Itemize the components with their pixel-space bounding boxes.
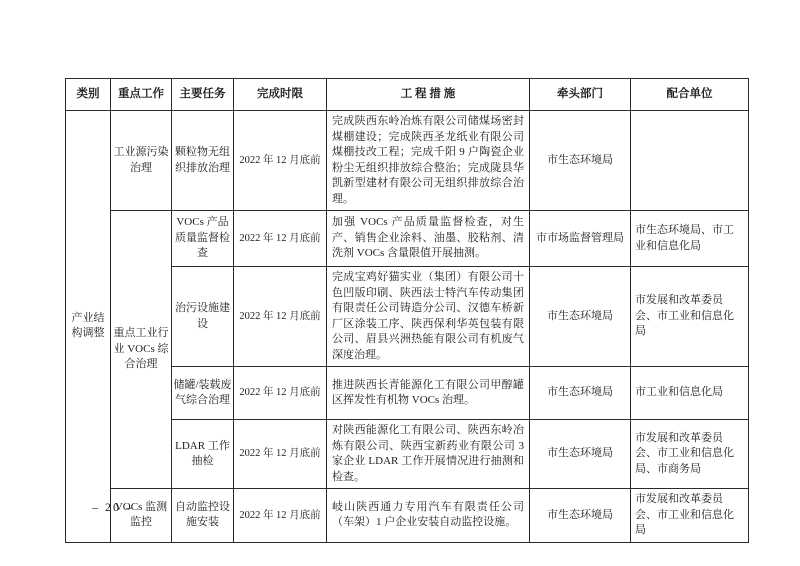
- header-measures: 工 程 措 施: [327, 79, 530, 111]
- cell-key-work: VOCs 监测监控: [111, 489, 172, 543]
- cell-key-work: 工业源污染治理: [111, 111, 172, 211]
- table-row: 重点工业行业 VOCs 综合治理 VOCs 产品质量监督检查 2022 年 12…: [66, 211, 749, 267]
- cell-lead-dept: 市生态环境局: [530, 267, 631, 367]
- cell-task: 治污设施建设: [172, 267, 234, 367]
- cell-partner-unit: 市生态环境局、市工业和信息化局: [631, 211, 749, 267]
- cell-deadline: 2022 年 12 月底前: [234, 111, 327, 211]
- cell-category: 产业结构调整: [66, 111, 111, 543]
- cell-task: 颗粒物无组织排放治理: [172, 111, 234, 211]
- cell-task: 储罐/装载废气综合治理: [172, 367, 234, 420]
- cell-partner-unit: 市发展和改革委员会、市工业和信息化局: [631, 489, 749, 543]
- cell-task: VOCs 产品质量监督检查: [172, 211, 234, 267]
- cell-measures: 完成陕西东岭冶炼有限公司储煤场密封煤棚建设；完成陕西圣龙纸业有限公司煤棚技改工程…: [327, 111, 530, 211]
- cell-measures: 岐山陕西通力专用汽车有限责任公司（车架）1 户企业安装自动监控设施。: [327, 489, 530, 543]
- cell-measures: 对陕西能源化工有限公司、陕西东岭冶炼有限公司、陕西宝新药业有限公司 3 家企业 …: [327, 420, 530, 489]
- header-key-work: 重点工作: [111, 79, 172, 111]
- cell-partner-unit: 市工业和信息化局: [631, 367, 749, 420]
- cell-deadline: 2022 年 12 月底前: [234, 489, 327, 543]
- table-header-row: 类别 重点工作 主要任务 完成时限 工 程 措 施 牵头部门 配合单位: [66, 79, 749, 111]
- cell-deadline: 2022 年 12 月底前: [234, 211, 327, 267]
- header-task: 主要任务: [172, 79, 234, 111]
- cell-task: 自动监控设施安装: [172, 489, 234, 543]
- cell-lead-dept: 市生态环境局: [530, 367, 631, 420]
- cell-measures: 完成宝鸡好猫实业（集团）有限公司十色凹版印刷、陕西法士特汽车传动集团有限责任公司…: [327, 267, 530, 367]
- page-number: – 20 –: [92, 500, 134, 515]
- cell-measures: 加强 VOCs 产品质量监督检查，对生产、销售企业涂料、油墨、胶粘剂、清洗剂 V…: [327, 211, 530, 267]
- cell-deadline: 2022 年 12 月底前: [234, 420, 327, 489]
- cell-deadline: 2022 年 12 月底前: [234, 367, 327, 420]
- measures-table: 类别 重点工作 主要任务 完成时限 工 程 措 施 牵头部门 配合单位 产业结构…: [65, 78, 749, 543]
- cell-deadline: 2022 年 12 月底前: [234, 267, 327, 367]
- cell-lead-dept: 市生态环境局: [530, 420, 631, 489]
- table-row: VOCs 监测监控 自动监控设施安装 2022 年 12 月底前 岐山陕西通力专…: [66, 489, 749, 543]
- document-page: 类别 重点工作 主要任务 完成时限 工 程 措 施 牵头部门 配合单位 产业结构…: [0, 0, 800, 566]
- table-row: 产业结构调整 工业源污染治理 颗粒物无组织排放治理 2022 年 12 月底前 …: [66, 111, 749, 211]
- cell-partner-unit: 市发展和改革委员会、市工业和信息化局: [631, 267, 749, 367]
- cell-lead-dept: 市生态环境局: [530, 111, 631, 211]
- cell-partner-unit: 市发展和改革委员会、市工业和信息化局、市商务局: [631, 420, 749, 489]
- cell-measures: 推进陕西长青能源化工有限公司甲醇罐区挥发性有机物 VOCs 治理。: [327, 367, 530, 420]
- header-category: 类别: [66, 79, 111, 111]
- cell-partner-unit: [631, 111, 749, 211]
- header-deadline: 完成时限: [234, 79, 327, 111]
- cell-lead-dept: 市市场监督管理局: [530, 211, 631, 267]
- cell-task: LDAR 工作抽检: [172, 420, 234, 489]
- header-partner-unit: 配合单位: [631, 79, 749, 111]
- header-lead-dept: 牵头部门: [530, 79, 631, 111]
- cell-lead-dept: 市生态环境局: [530, 489, 631, 543]
- cell-key-work: 重点工业行业 VOCs 综合治理: [111, 211, 172, 489]
